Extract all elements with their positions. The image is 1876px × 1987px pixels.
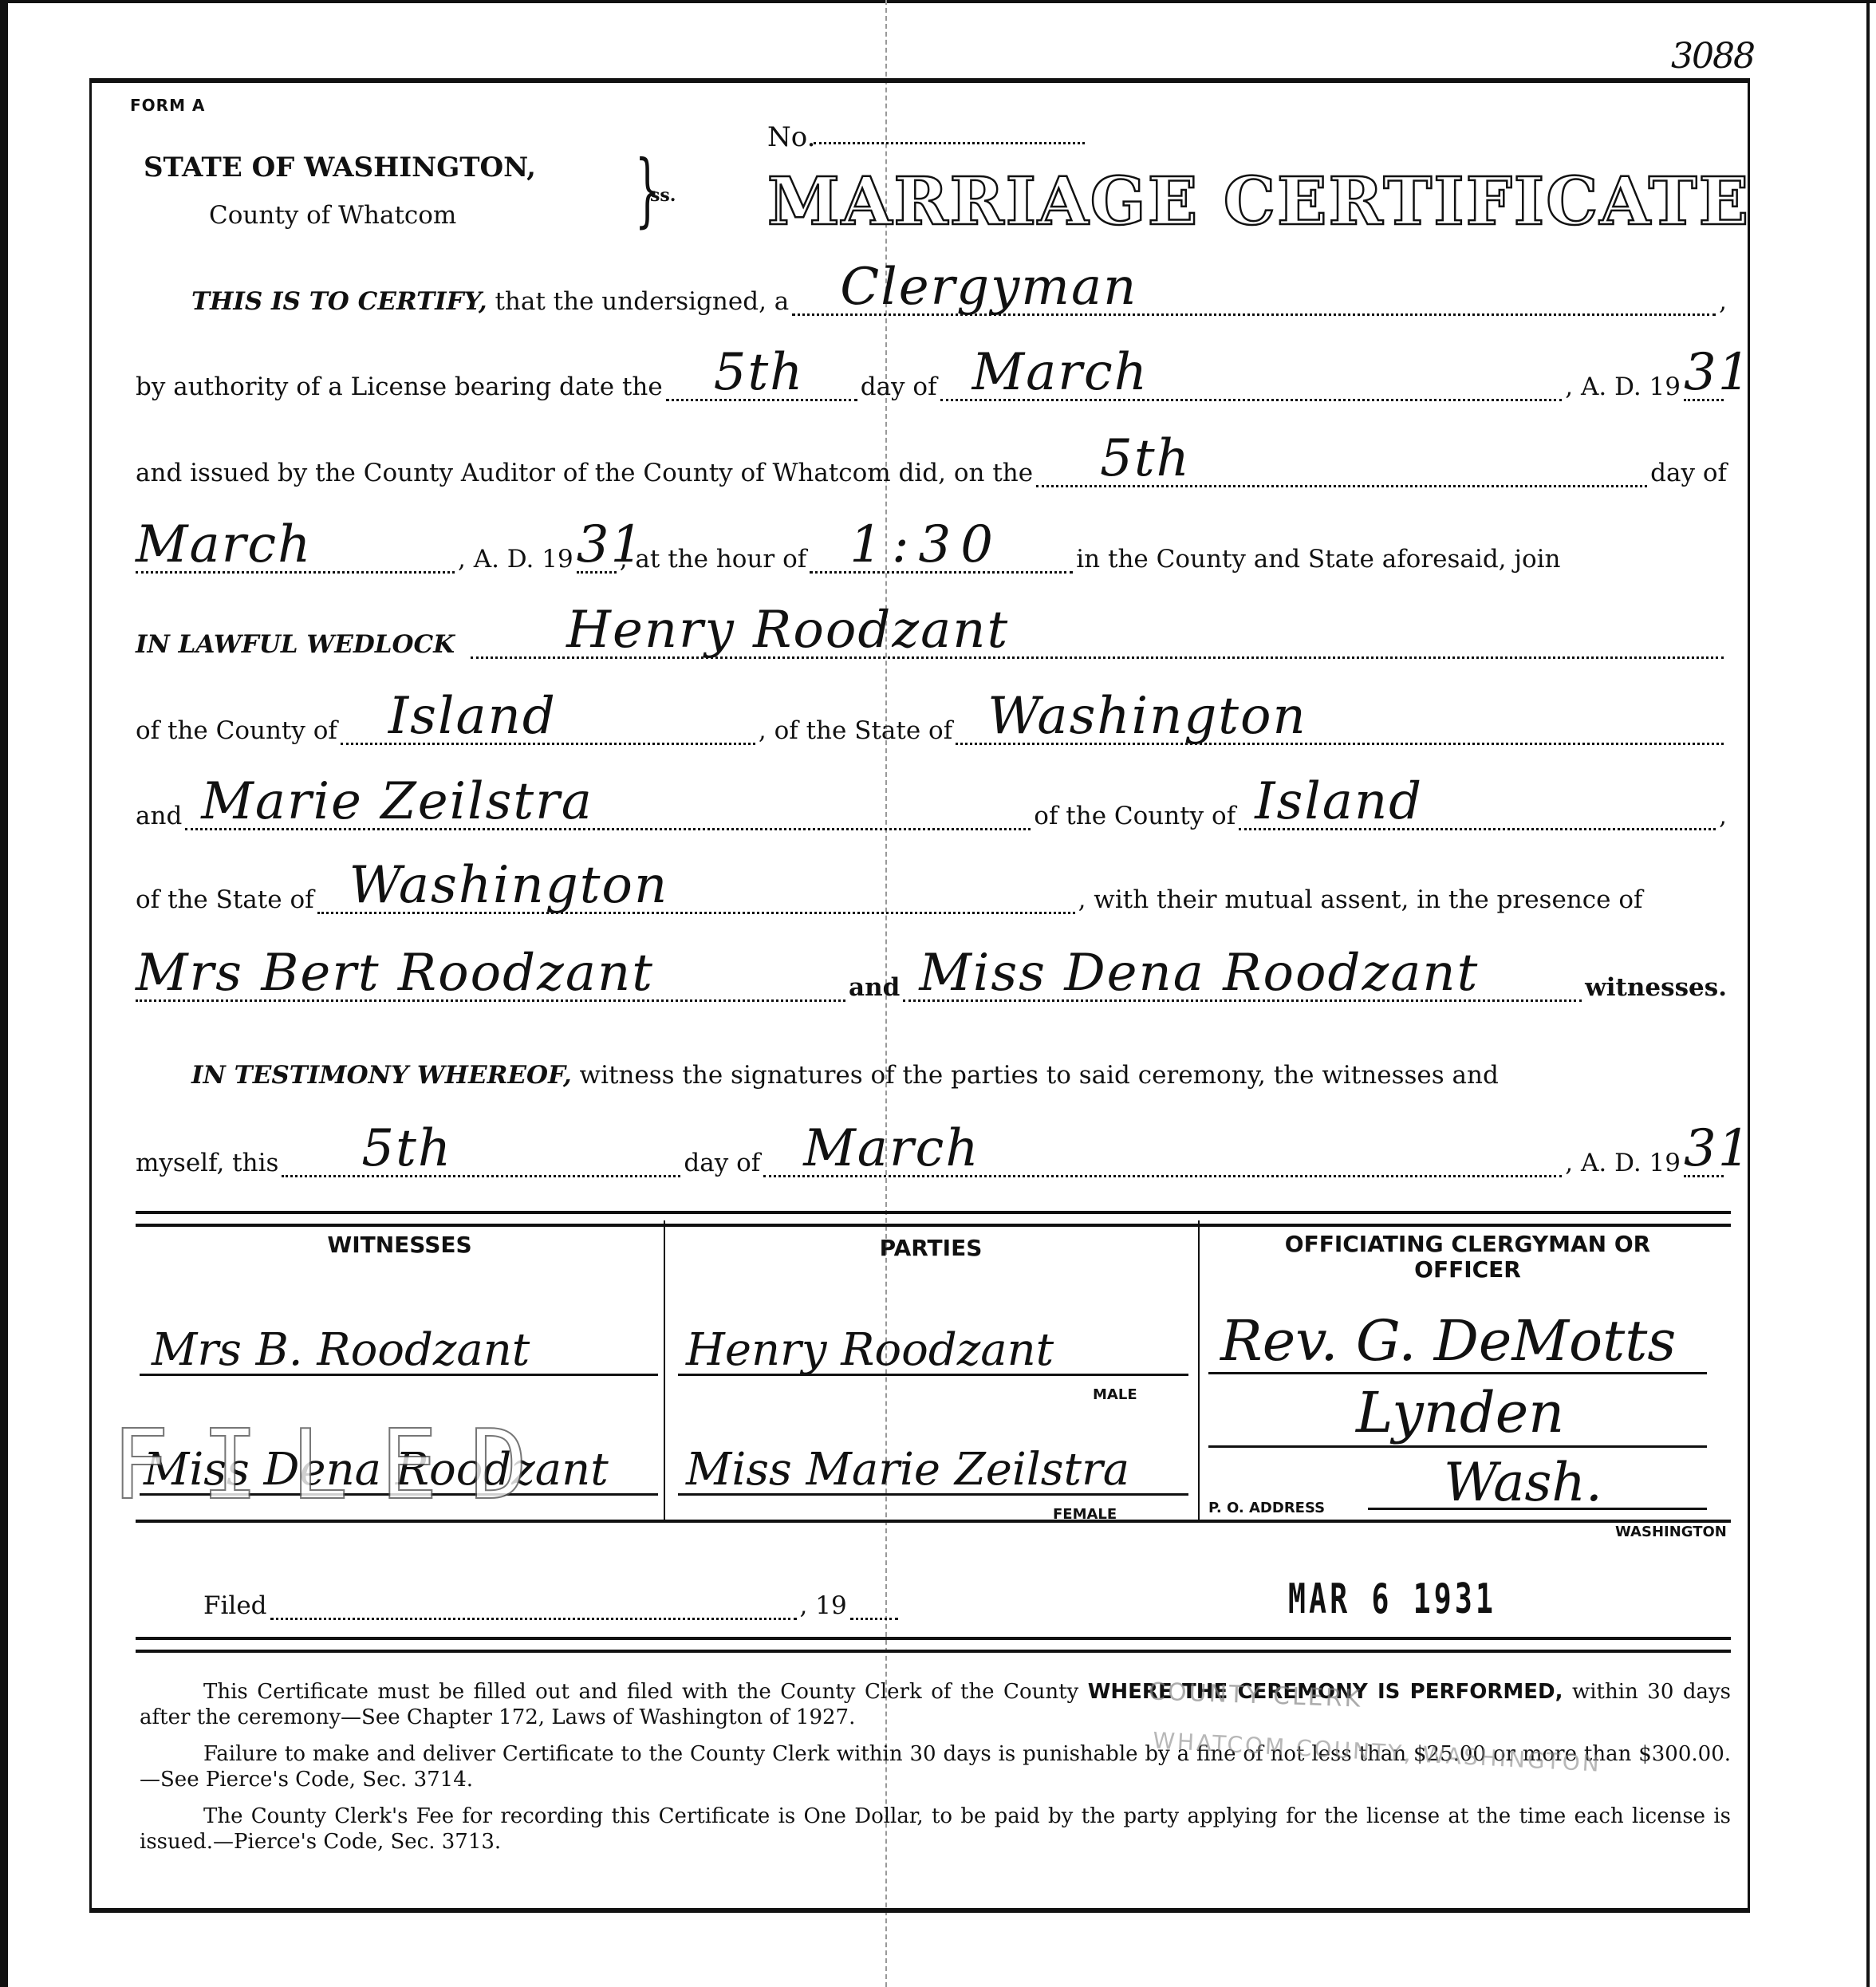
page-title: MARRIAGE CERTIFICATE bbox=[767, 164, 1750, 240]
officiant-header: OFFICIATING CLERGYMAN OR OFFICER bbox=[1236, 1232, 1699, 1283]
sign-year-field[interactable]: 31 bbox=[1684, 1159, 1724, 1177]
certificate-number-field[interactable] bbox=[814, 142, 1085, 144]
officiant-type-field[interactable]: Clergyman bbox=[792, 298, 1716, 316]
bride-state-line: of the State of Washington , with their … bbox=[136, 885, 1727, 914]
comma: , bbox=[1719, 287, 1727, 316]
hour-value: 1:30 bbox=[849, 515, 1003, 574]
filed-line: Filed , 19 bbox=[203, 1591, 901, 1620]
witness2-field[interactable]: Miss Dena Roodzant bbox=[903, 984, 1582, 1002]
bride-county-value: Island bbox=[1255, 772, 1423, 831]
comma: , bbox=[1719, 802, 1727, 830]
county-of-text: of the County of bbox=[1034, 802, 1236, 830]
issued-line: and issued by the County Auditor of the … bbox=[136, 459, 1727, 487]
ad-text: , A. D. 19 bbox=[1565, 1149, 1681, 1177]
groom-name-field[interactable]: Henry Roodzant bbox=[471, 641, 1724, 659]
officiant-signature: Rev. G. DeMotts bbox=[1220, 1308, 1676, 1374]
filed-label: Filed bbox=[203, 1591, 267, 1620]
witness1-value: Mrs Bert Roodzant bbox=[136, 944, 654, 1003]
po-state: Wash. bbox=[1444, 1452, 1602, 1513]
signing-date-line: myself, this 5th day of March , A. D. 19… bbox=[136, 1149, 1727, 1177]
instructions: This Certificate must be filled out and … bbox=[140, 1679, 1731, 1866]
hour-label: , at the hour of bbox=[620, 545, 807, 574]
instruction-fee: The County Clerk's Fee for recording thi… bbox=[140, 1804, 1731, 1855]
bride-state-field[interactable]: Washington bbox=[317, 896, 1075, 914]
instruction-filing: This Certificate must be filled out and … bbox=[140, 1679, 1731, 1730]
column-divider bbox=[1198, 1220, 1200, 1522]
section-divider bbox=[136, 1520, 1731, 1523]
license-date-text: by authority of a License bearing date t… bbox=[136, 373, 663, 401]
sign-day-value: 5th bbox=[361, 1119, 452, 1178]
wedlock-heading: IN LAWFUL WEDLOCK bbox=[136, 630, 455, 659]
year-prefix: , 19 bbox=[800, 1591, 847, 1620]
bride-signature: Miss Marie Zeilstra bbox=[686, 1444, 1129, 1496]
issued-text: and issued by the County Auditor of the … bbox=[136, 459, 1033, 487]
page-number: 3088 bbox=[1671, 36, 1754, 77]
county-of-text: of the County of bbox=[136, 716, 337, 745]
license-day-value: 5th bbox=[714, 343, 805, 402]
witness1-signature: Mrs B. Roodzant bbox=[152, 1324, 530, 1376]
county-heading: County of Whatcom bbox=[209, 201, 456, 230]
wedlock-line: IN LAWFUL WEDLOCK Henry Roodzant bbox=[136, 630, 1727, 659]
sign-year-value: 31 bbox=[1684, 1119, 1752, 1178]
license-month-field[interactable]: March bbox=[940, 383, 1563, 401]
state-of-text: , of the State of bbox=[759, 716, 952, 745]
bride-county-field[interactable]: Island bbox=[1239, 812, 1716, 830]
testimony-heading: IN TESTIMONY WHEREOF, bbox=[191, 1061, 572, 1090]
groom-signature: Henry Roodzant bbox=[686, 1324, 1054, 1376]
bride-name-field[interactable]: Marie Zeilstra bbox=[185, 812, 1031, 830]
ceremony-month-value: March bbox=[136, 515, 312, 574]
certify-heading: THIS IS TO CERTIFY, bbox=[191, 287, 487, 316]
state-of-text: of the State of bbox=[136, 885, 314, 914]
groom-residence-line: of the County of Island , of the State o… bbox=[136, 716, 1727, 745]
form-label: FORM A bbox=[130, 96, 205, 115]
and-text: and bbox=[849, 973, 900, 1002]
filed-date-field[interactable] bbox=[270, 1602, 797, 1620]
ceremony-month-field[interactable]: March bbox=[136, 555, 455, 574]
day-of-text: day of bbox=[684, 1149, 760, 1177]
ad-text: , A. D. 19 bbox=[1565, 373, 1681, 401]
ss-label: ss. bbox=[650, 185, 676, 206]
ceremony-year-value: 31 bbox=[577, 515, 644, 574]
parties-header: PARTIES bbox=[665, 1235, 1196, 1261]
license-year-field[interactable]: 31 bbox=[1684, 383, 1724, 401]
scan-edge-left bbox=[0, 0, 8, 1987]
day-of-text: day of bbox=[1650, 459, 1727, 487]
day-of-text: day of bbox=[861, 373, 937, 401]
sign-month-value: March bbox=[803, 1119, 979, 1178]
signature-table: WITNESSES PARTIES OFFICIATING CLERGYMAN … bbox=[136, 1220, 1731, 1522]
license-day-field[interactable]: 5th bbox=[666, 383, 857, 401]
po-city-line[interactable] bbox=[1208, 1445, 1707, 1448]
sign-month-field[interactable]: March bbox=[763, 1159, 1562, 1177]
groom-state-value: Washington bbox=[987, 687, 1307, 746]
filed-date-stamp: MAR 6 1931 bbox=[1288, 1575, 1496, 1623]
witnesses-text: witnesses. bbox=[1585, 973, 1727, 1002]
mutual-assent-text: , with their mutual assent, in the prese… bbox=[1078, 885, 1643, 914]
column-divider bbox=[664, 1220, 665, 1522]
testimony-text: witness the signatures of the parties to… bbox=[580, 1061, 1499, 1090]
groom-name-value: Henry Roodzant bbox=[566, 601, 1009, 660]
testimony-line: IN TESTIMONY WHEREOF, witness the signat… bbox=[136, 1061, 1727, 1090]
certify-text: that the undersigned, a bbox=[495, 287, 789, 316]
certificate-number-label: No. bbox=[767, 121, 815, 153]
witness2-value: Miss Dena Roodzant bbox=[919, 944, 1479, 1003]
ceremony-date-line: March , A. D. 19 31 , at the hour of 1:3… bbox=[136, 545, 1727, 574]
hour-field[interactable]: 1:30 bbox=[810, 555, 1073, 574]
certify-line: THIS IS TO CERTIFY, that the undersigned… bbox=[136, 287, 1727, 316]
license-month-value: March bbox=[972, 343, 1149, 402]
and-text: and bbox=[136, 802, 182, 830]
filed-stamp: FILED bbox=[112, 1410, 559, 1521]
ceremony-day-field[interactable]: 5th bbox=[1036, 469, 1647, 487]
sign-day-field[interactable]: 5th bbox=[282, 1159, 680, 1177]
aforesaid-text: in the County and State aforesaid, join bbox=[1076, 545, 1560, 574]
officiant-type-value: Clergyman bbox=[840, 258, 1137, 317]
groom-county-value: Island bbox=[388, 687, 557, 746]
ad-text: , A. D. 19 bbox=[458, 545, 573, 574]
scan-edge-top bbox=[0, 0, 1876, 3]
witness1-field[interactable]: Mrs Bert Roodzant bbox=[136, 984, 845, 1002]
ceremony-day-value: 5th bbox=[1100, 429, 1191, 488]
section-divider bbox=[136, 1637, 1731, 1653]
po-city: Lynden bbox=[1356, 1380, 1564, 1445]
washington-label: WASHINGTON bbox=[1615, 1524, 1727, 1540]
po-address-label: P. O. ADDRESS bbox=[1208, 1500, 1325, 1516]
bride-line: and Marie Zeilstra of the County of Isla… bbox=[136, 802, 1727, 830]
bride-name-value: Marie Zeilstra bbox=[201, 772, 593, 831]
license-date-line: by authority of a License bearing date t… bbox=[136, 373, 1727, 401]
groom-state-field[interactable]: Washington bbox=[956, 727, 1724, 745]
bride-state-value: Washington bbox=[349, 856, 669, 915]
scan-edge-right bbox=[1866, 0, 1870, 1987]
witnesses-line: Mrs Bert Roodzant and Miss Dena Roodzant… bbox=[136, 973, 1727, 1002]
witnesses-header: WITNESSES bbox=[136, 1232, 664, 1258]
groom-county-field[interactable]: Island bbox=[341, 727, 755, 745]
myself-this-text: myself, this bbox=[136, 1149, 278, 1177]
ceremony-year-field[interactable]: 31 bbox=[577, 555, 617, 574]
filed-year-field[interactable] bbox=[850, 1602, 898, 1620]
male-label: MALE bbox=[1093, 1386, 1137, 1403]
instruction-text: This Certificate must be filled out and … bbox=[203, 1680, 1078, 1704]
state-heading: STATE OF WASHINGTON, bbox=[144, 152, 536, 183]
license-year-value: 31 bbox=[1684, 343, 1752, 402]
